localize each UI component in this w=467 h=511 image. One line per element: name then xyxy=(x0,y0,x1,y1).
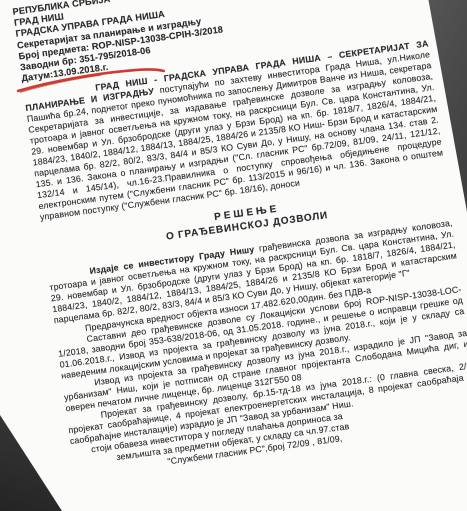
scan-background-bottom-left xyxy=(0,410,62,511)
scanned-document-page: РЕПУБЛИКА СРБИЈА ГРАД НИШ ГРАДСКА УПРАВА… xyxy=(0,0,467,511)
document-content: РЕПУБЛИКА СРБИЈА ГРАД НИШ ГРАДСКА УПРАВА… xyxy=(12,0,467,480)
